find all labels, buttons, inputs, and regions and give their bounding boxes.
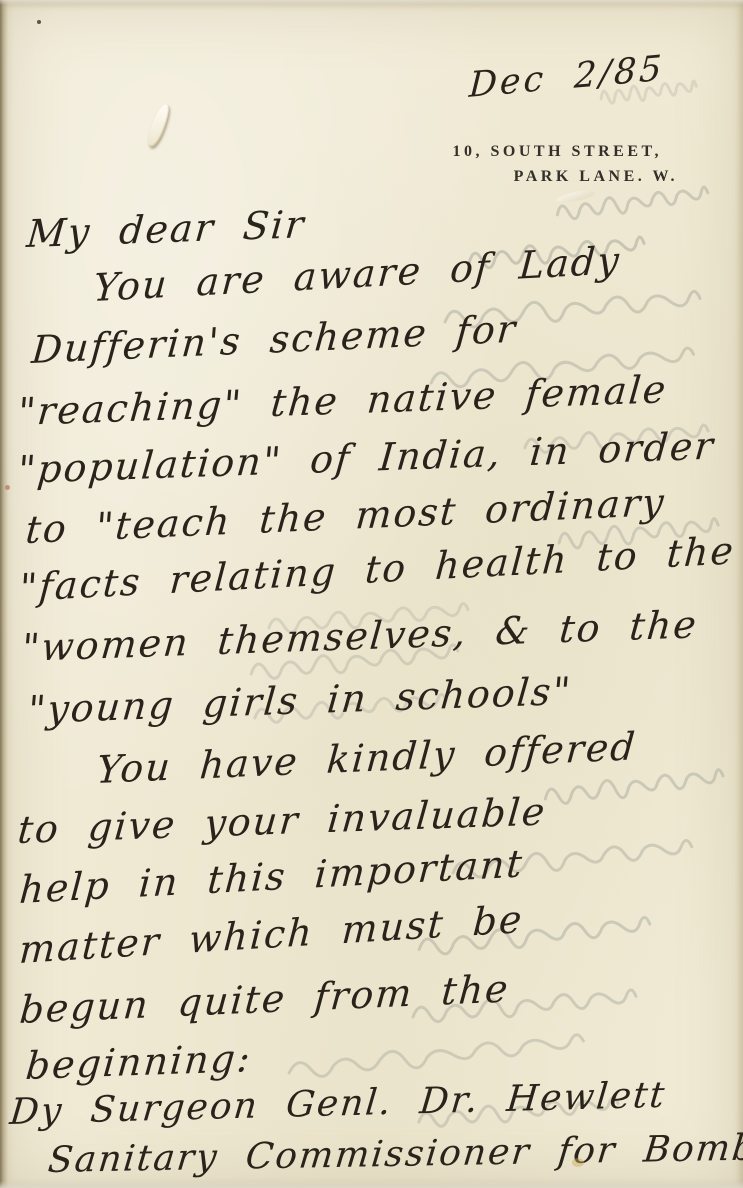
paper-tear [146,102,172,149]
letter-line: Sanitary Commissioner for Bombay [46,1127,743,1181]
scan-edge-top [0,0,743,5]
letterhead-district: PARK LANE. W. [0,168,678,186]
ink-speck [37,20,41,24]
scan-edge-bottom [0,1181,743,1188]
letter-line: beginning: [24,1036,254,1088]
letter-line: "women themselves, & to the [20,602,700,670]
letterhead-street: 10, SOUTH STREET, [0,143,678,161]
letterhead: 10, SOUTH STREET, PARK LANE. W. [0,143,678,186]
letter-line: matter which must be [18,897,525,972]
letter-line: begun quite from the [18,966,511,1032]
salutation-line: My dear Sir [25,202,307,256]
stain [572,1158,584,1167]
handwritten-date: Dec 2/85 [468,49,665,106]
letter-line: to give your invaluable [16,789,548,852]
paper-crease [556,188,597,205]
letter-line: "young girls in schools" [26,669,574,732]
scan-edge-left [0,0,8,1188]
letter-line: Dufferin's scheme for [30,307,519,372]
letter-page: Dec 2/85 10, SOUTH STREET, PARK LANE. W.… [0,0,743,1188]
letter-line: You have kindly offered [95,724,638,792]
letter-line: "reaching" the native female [16,367,669,434]
